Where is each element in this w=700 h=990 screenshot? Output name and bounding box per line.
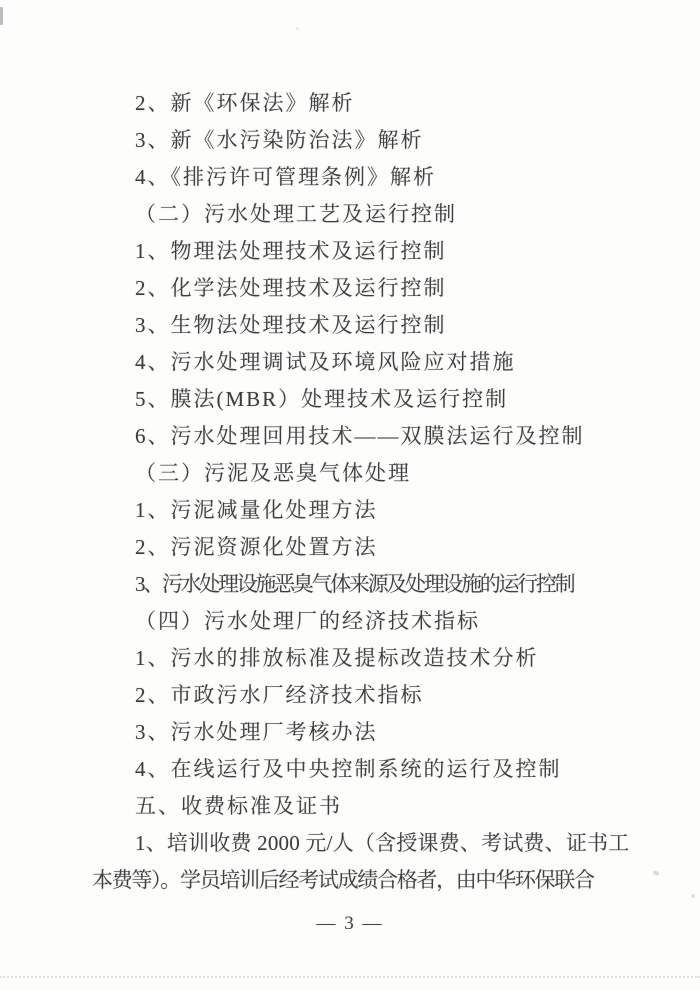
section-heading: （四）污水处理厂的经济技术指标 (92, 603, 616, 640)
text-line: 4、污水处理调试及环境风险应对措施 (92, 344, 616, 381)
scan-bottom-line-artifact (0, 976, 700, 978)
scan-speck (652, 870, 659, 876)
text-line: 1、污水的排放标准及提标改造技术分析 (92, 640, 616, 677)
text-line: 2、化学法处理技术及运行控制 (92, 270, 616, 307)
text-line: 3、生物法处理技术及运行控制 (92, 307, 616, 344)
text-line: 2、市政污水厂经济技术指标 (92, 677, 616, 714)
text-line: 5、膜法(MBR）处理技术及运行控制 (92, 381, 616, 418)
section-heading: （三）污泥及恶臭气体处理 (92, 455, 616, 492)
text-line: 3、新《水污染防治法》解析 (92, 122, 616, 159)
section-heading: 五、收费标准及证书 (92, 788, 616, 825)
text-line: 2、污泥资源化处置方法 (92, 529, 616, 566)
document-page: 2、新《环保法》解析 3、新《水污染防治法》解析 4、《排污许可管理条例》解析 … (0, 0, 700, 990)
paragraph-line: 1、培训收费 2000 元/人（含授课费、考试费、证书工 (92, 825, 616, 862)
scan-speck (691, 894, 695, 898)
text-line: 3、污水处理厂考核办法 (92, 714, 616, 751)
text-line: 3、污水处理设施恶臭气体来源及处理设施的运行控制 (92, 566, 616, 603)
text-line: 4、《排污许可管理条例》解析 (92, 159, 616, 196)
scan-speck (296, 27, 299, 30)
text-line: 4、在线运行及中央控制系统的运行及控制 (92, 751, 616, 788)
text-line: 1、污泥减量化处理方法 (92, 492, 616, 529)
text-line: 2、新《环保法》解析 (92, 85, 616, 122)
text-line: 1、物理法处理技术及运行控制 (92, 233, 616, 270)
scan-edge-artifact (0, 7, 3, 25)
text-line: 6、污水处理回用技术——双膜法运行及控制 (92, 418, 616, 455)
section-heading: （二）污水处理工艺及运行控制 (92, 196, 616, 233)
paragraph-line: 本费等）。学员培训后经考试成绩合格者，由中华环保联合 (92, 862, 616, 899)
page-number: — 3 — (0, 913, 700, 935)
document-body: 2、新《环保法》解析 3、新《水污染防治法》解析 4、《排污许可管理条例》解析 … (92, 85, 616, 899)
